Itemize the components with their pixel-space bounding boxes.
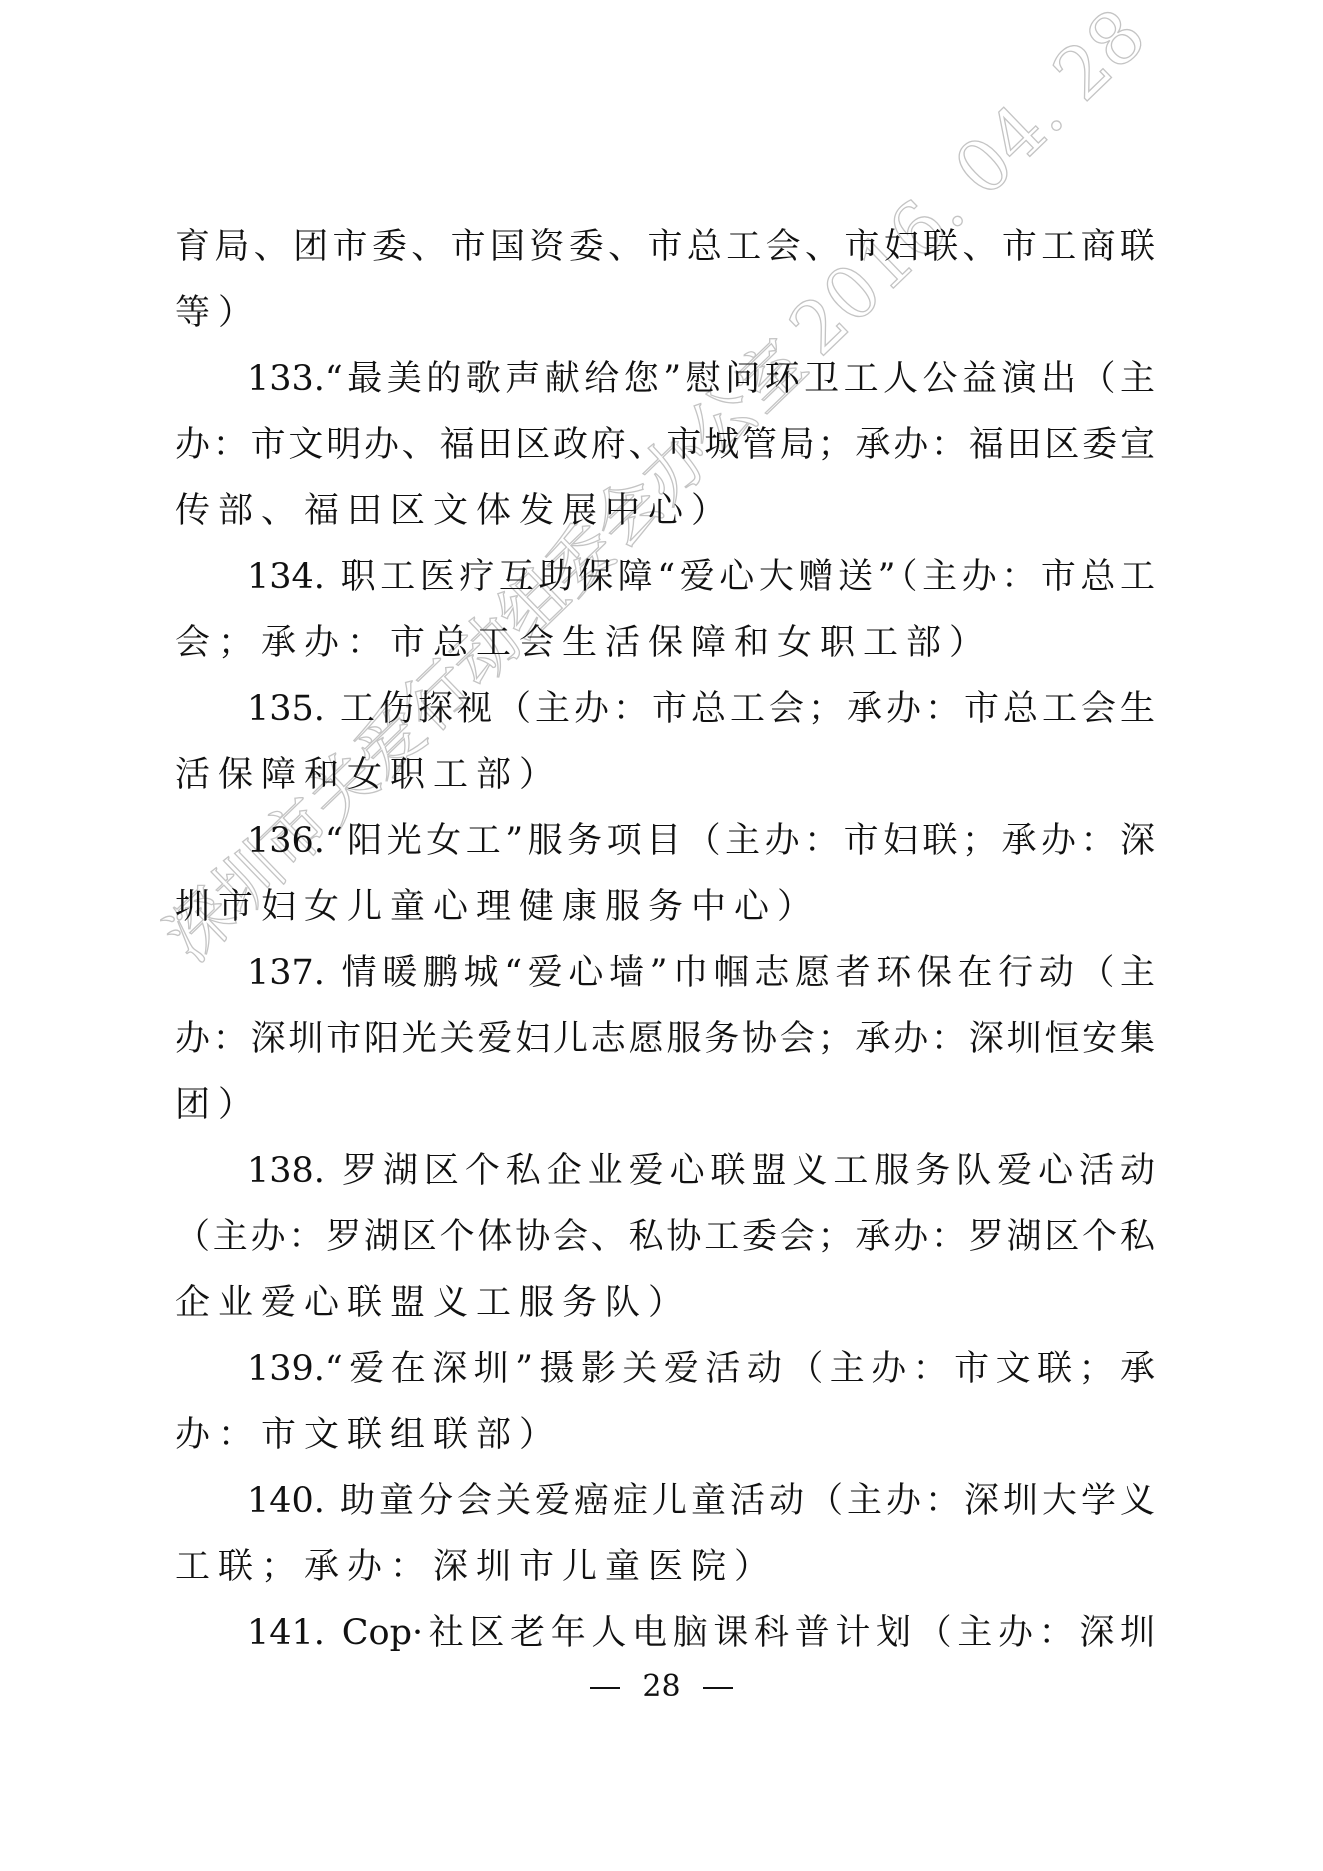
list-item-138: 138. 罗湖区个私企业爱心联盟义工服务队爱心活动 — [175, 1138, 1155, 1204]
list-item-135: 135. 工伤探视（主办：市总工会；承办：市总工会生 — [175, 676, 1155, 742]
text-line: 办：市文联组联部） — [175, 1402, 1155, 1468]
page-footer: 28 — [0, 1662, 1323, 1712]
text-line: 团） — [175, 1072, 1155, 1138]
dash-left — [590, 1687, 620, 1689]
list-item-134: 134. 职工医疗互助保障“爱心大赠送”（主办：市总工 — [175, 544, 1155, 610]
text-line: 活保障和女职工部） — [175, 742, 1155, 808]
text-line: 工联；承办：深圳市儿童医院） — [175, 1534, 1155, 1600]
list-item-136: 136.“阳光女工”服务项目（主办：市妇联；承办：深 — [175, 808, 1155, 874]
text-line: 企业爱心联盟义工服务队） — [175, 1270, 1155, 1336]
text-line: 办：市文明办、福田区政府、市城管局；承办：福田区委宣 — [175, 412, 1155, 478]
document-body: 育局、团市委、市国资委、市总工会、市妇联、市工商联 等） 133.“最美的歌声献… — [175, 214, 1155, 1666]
list-item-141: 141. Cop·社区老年人电脑课科普计划（主办：深圳 — [175, 1600, 1155, 1666]
dash-right — [703, 1687, 733, 1689]
text-line: 育局、团市委、市国资委、市总工会、市妇联、市工商联 — [175, 214, 1155, 280]
list-item-133: 133.“最美的歌声献给您”慰问环卫工人公益演出（主 — [175, 346, 1155, 412]
list-item-139: 139.“爱在深圳”摄影关爱活动（主办：市文联；承 — [175, 1336, 1155, 1402]
page-number: 28 — [642, 1669, 680, 1704]
text-line: 圳市妇女儿童心理健康服务中心） — [175, 874, 1155, 940]
document-page: 深圳市关爱行动组委会办公室2016. 04. 28 育局、团市委、市国资委、市总… — [0, 0, 1323, 1871]
text-line: 会；承办：市总工会生活保障和女职工部） — [175, 610, 1155, 676]
text-line: 传部、福田区文体发展中心） — [175, 478, 1155, 544]
list-item-140: 140. 助童分会关爱癌症儿童活动（主办：深圳大学义 — [175, 1468, 1155, 1534]
text-line: 等） — [175, 280, 1155, 346]
list-item-137: 137. 情暖鹏城“爱心墙”巾帼志愿者环保在行动（主 — [175, 940, 1155, 1006]
text-line: 办：深圳市阳光关爱妇儿志愿服务协会；承办：深圳恒安集 — [175, 1006, 1155, 1072]
text-line: （主办：罗湖区个体协会、私协工委会；承办：罗湖区个私 — [175, 1204, 1155, 1270]
